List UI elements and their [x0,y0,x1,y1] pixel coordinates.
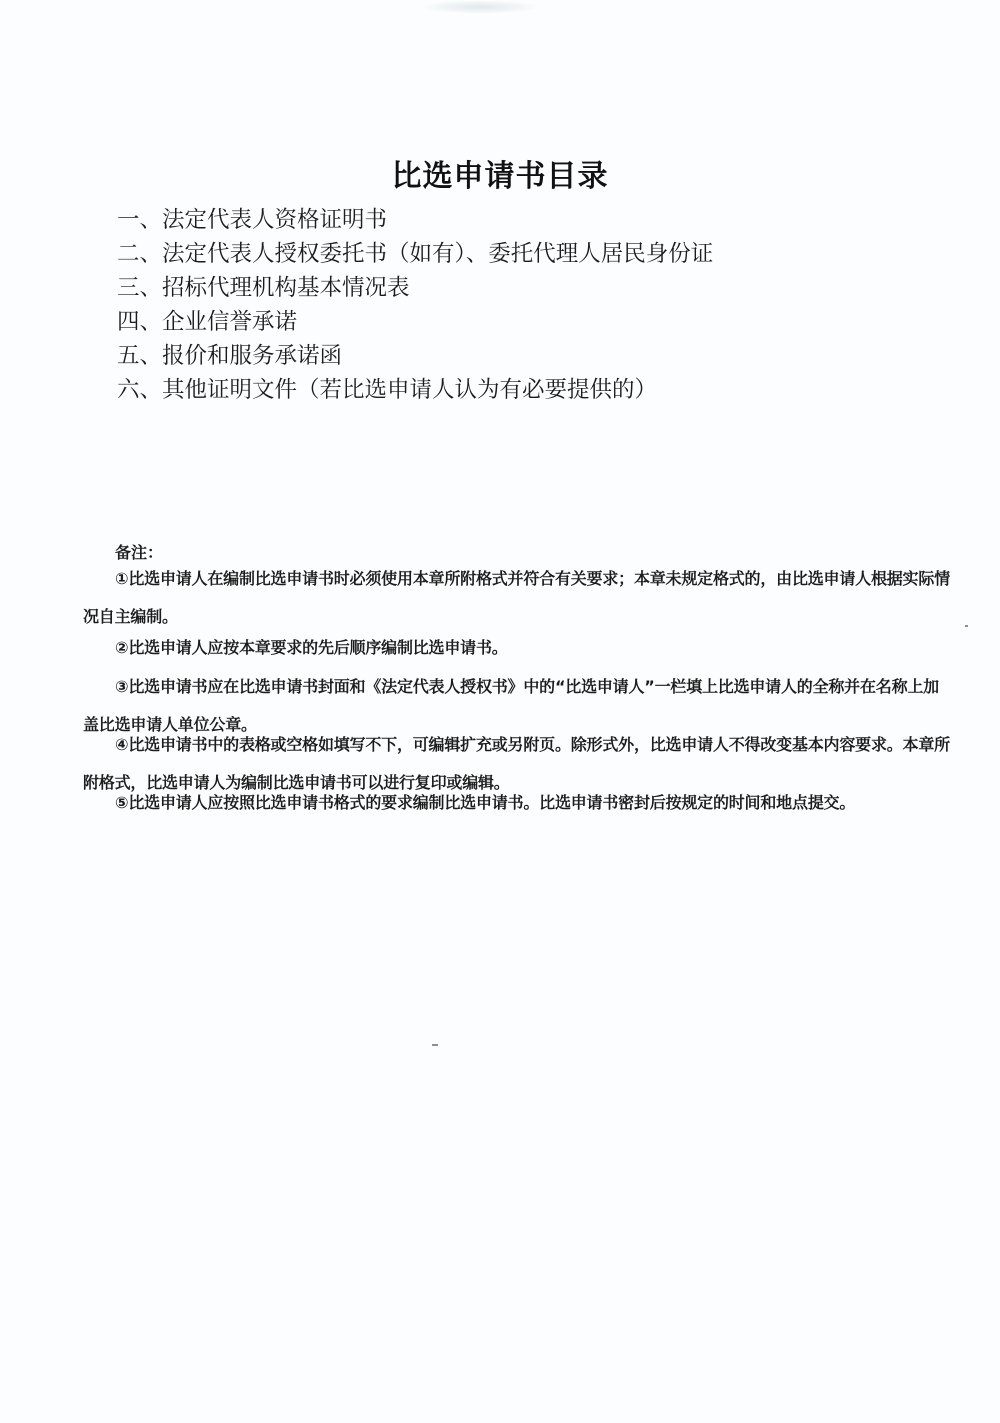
toc-item: 一、法定代表人资格证明书 [117,203,713,237]
page-title: 比选申请书目录 [0,151,1000,195]
document-page: 比选申请书目录 一、法定代表人资格证明书 二、法定代表人授权委托书（如有）、委托… [0,0,1000,1423]
scan-artifact [420,0,540,14]
note-item: ⑤比选申请人应按照比选申请书格式的要求编制比选申请书。比选申请书密封后按规定的时… [83,784,953,822]
toc-item: 六、其他证明文件（若比选申请人认为有必要提供的） [117,373,713,407]
toc-item: 五、报价和服务承诺函 [117,339,713,373]
toc-item: 四、企业信誉承诺 [117,305,713,339]
note-item: ①比选申请人在编制比选申请书时必须使用本章所附格式并符合有关要求；本章未规定格式… [83,560,953,636]
table-of-contents: 一、法定代表人资格证明书 二、法定代表人授权委托书（如有）、委托代理人居民身份证… [117,203,713,407]
note-item: ②比选申请人应按本章要求的先后顺序编制比选申请书。 [83,629,953,667]
scan-speck [432,1044,438,1046]
toc-item: 二、法定代表人授权委托书（如有）、委托代理人居民身份证 [117,237,713,271]
toc-item: 三、招标代理机构基本情况表 [117,271,713,305]
scan-speck [965,625,968,627]
